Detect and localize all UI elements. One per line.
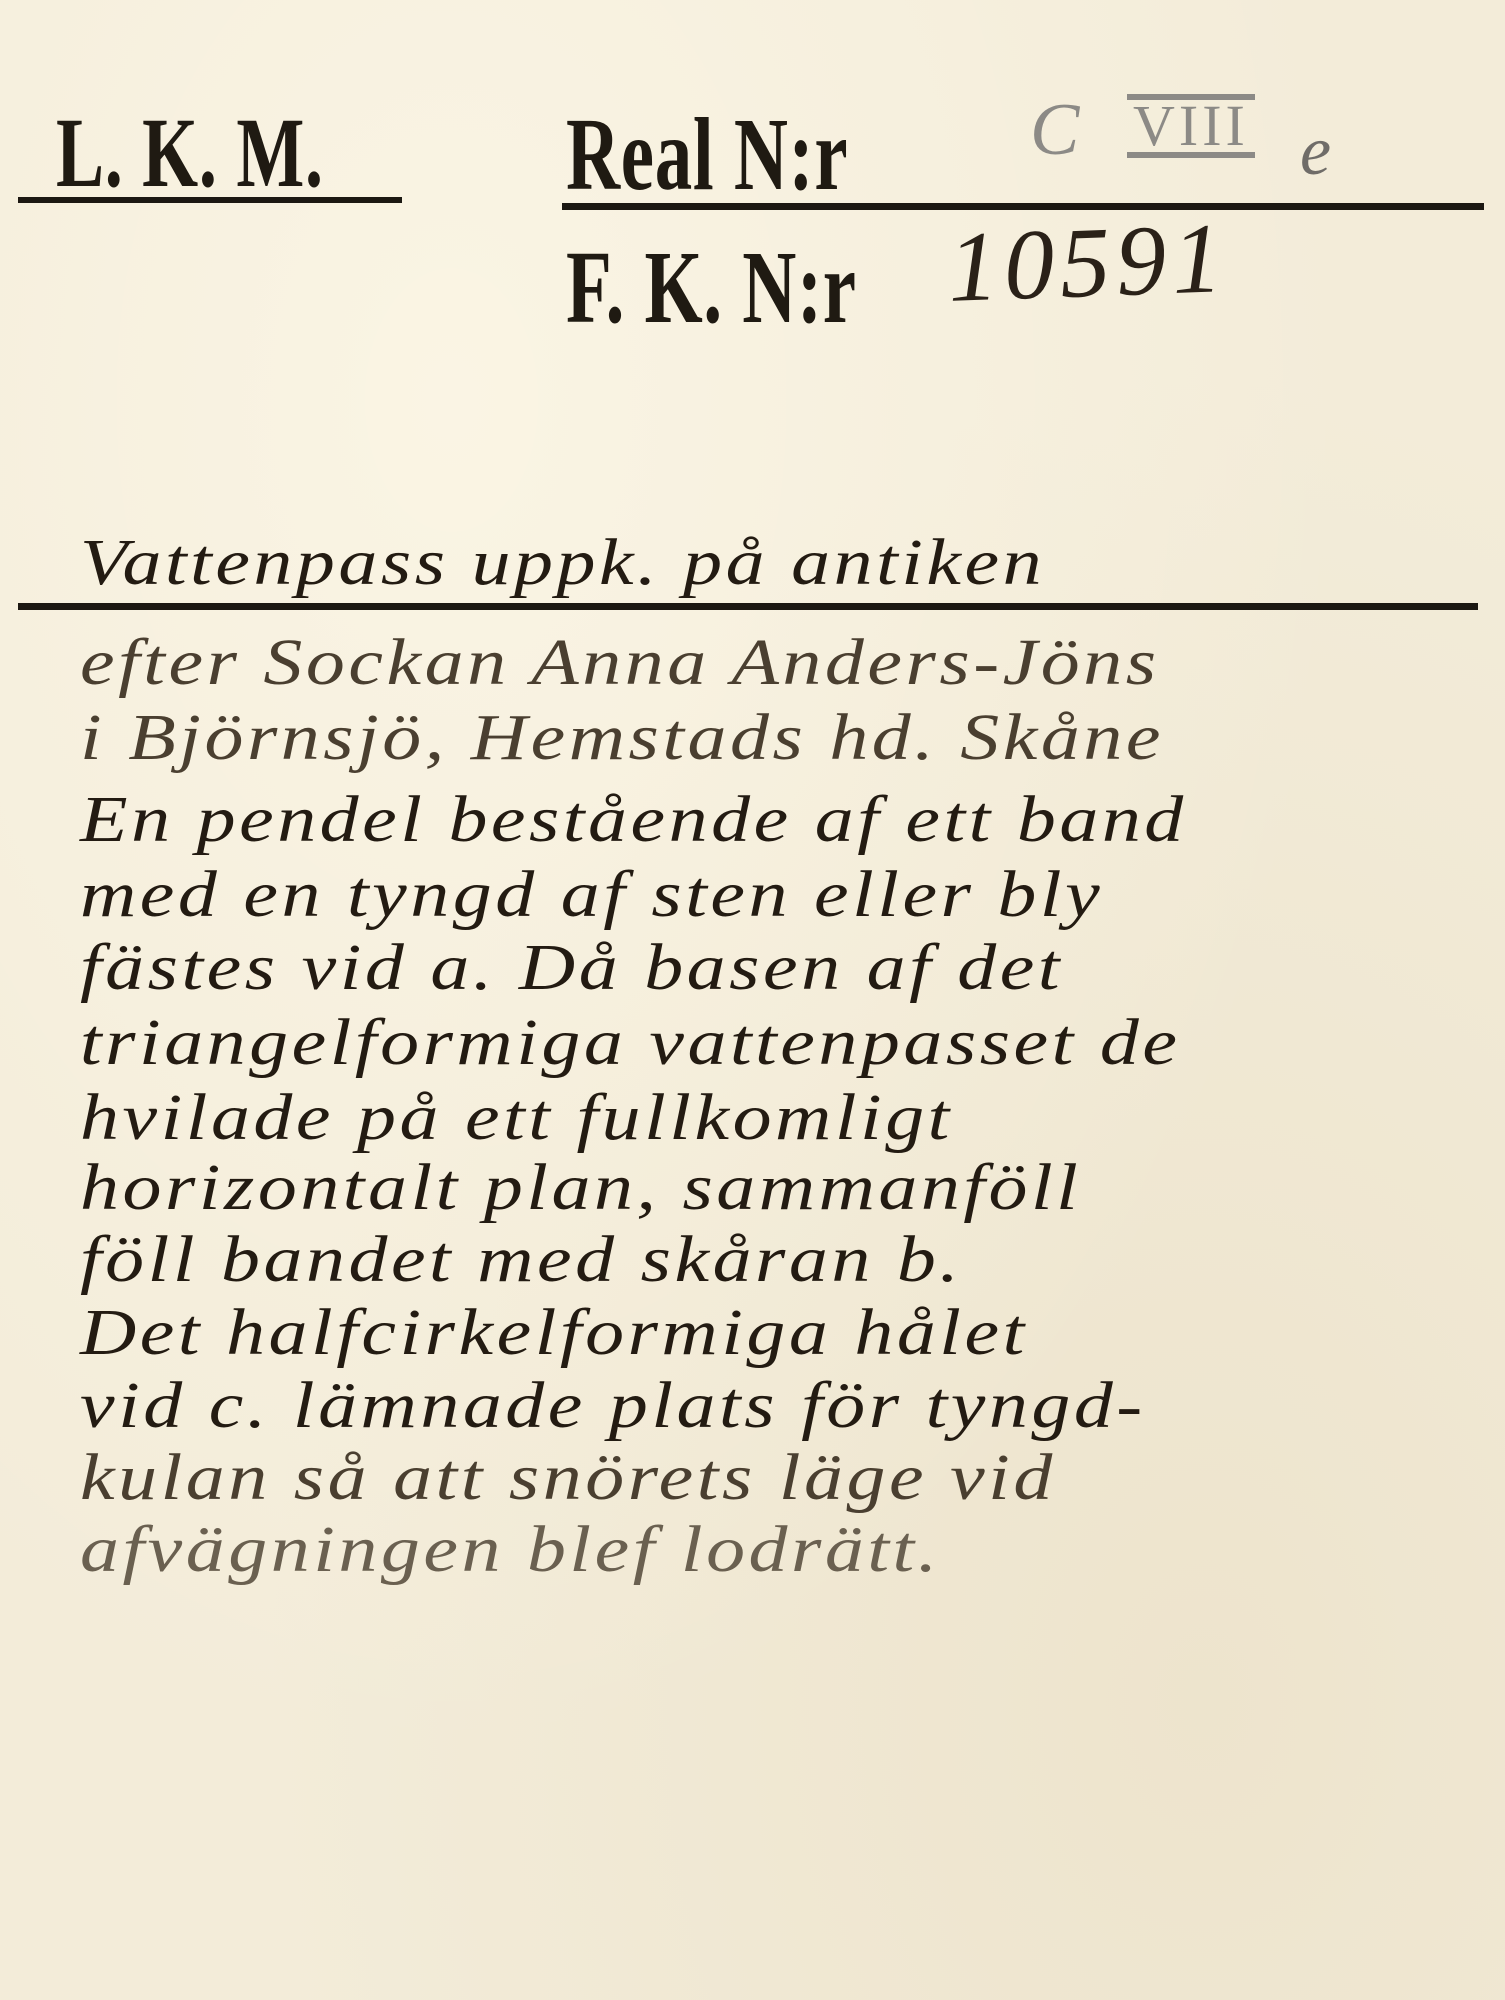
text-line: i Björnsjö, Hemstads hd. Skåne <box>80 700 1164 776</box>
text-line: Det halfcirkelformiga hålet <box>80 1295 1028 1371</box>
real-number-roman: VIII <box>1127 94 1255 158</box>
text-line: föll bandet med skåran b. <box>80 1222 962 1298</box>
text-line: vid c. lämnade plats för tyngd- <box>80 1368 1146 1444</box>
text-line: horizontalt plan, sammanföll <box>80 1150 1081 1226</box>
fk-number-value: 10591 <box>946 200 1230 325</box>
real-number-label: Real N:r <box>566 95 848 214</box>
text-line: En pendel bestående af ett band <box>80 782 1187 858</box>
title-line: Vattenpass uppk. på antiken <box>80 525 1045 601</box>
text-line: med en tyngd af sten eller bly <box>80 857 1103 933</box>
archive-abbreviation: L. K. M. <box>56 95 324 210</box>
main-rule <box>18 603 1478 610</box>
text-line: fästes vid a. Då basen af det <box>80 930 1063 1006</box>
header-rule-left <box>18 197 402 203</box>
text-line: hvilade på ett fullkomligt <box>80 1080 953 1156</box>
fk-number-label: F. K. N:r <box>566 228 857 347</box>
text-line: kulan så att snörets läge vid <box>80 1440 1056 1516</box>
text-line: efter Sockan Anna Anders-Jöns <box>80 625 1160 701</box>
archive-card: L. K. M. Real N:r C VIII e F. K. N:r 105… <box>0 0 1505 2000</box>
real-number-prefix: C <box>1030 88 1079 173</box>
text-line: triangelformiga vattenpasset de <box>80 1005 1180 1081</box>
text-line: afvägningen blef lodrätt. <box>80 1512 941 1588</box>
real-number-suffix: e <box>1300 112 1331 192</box>
